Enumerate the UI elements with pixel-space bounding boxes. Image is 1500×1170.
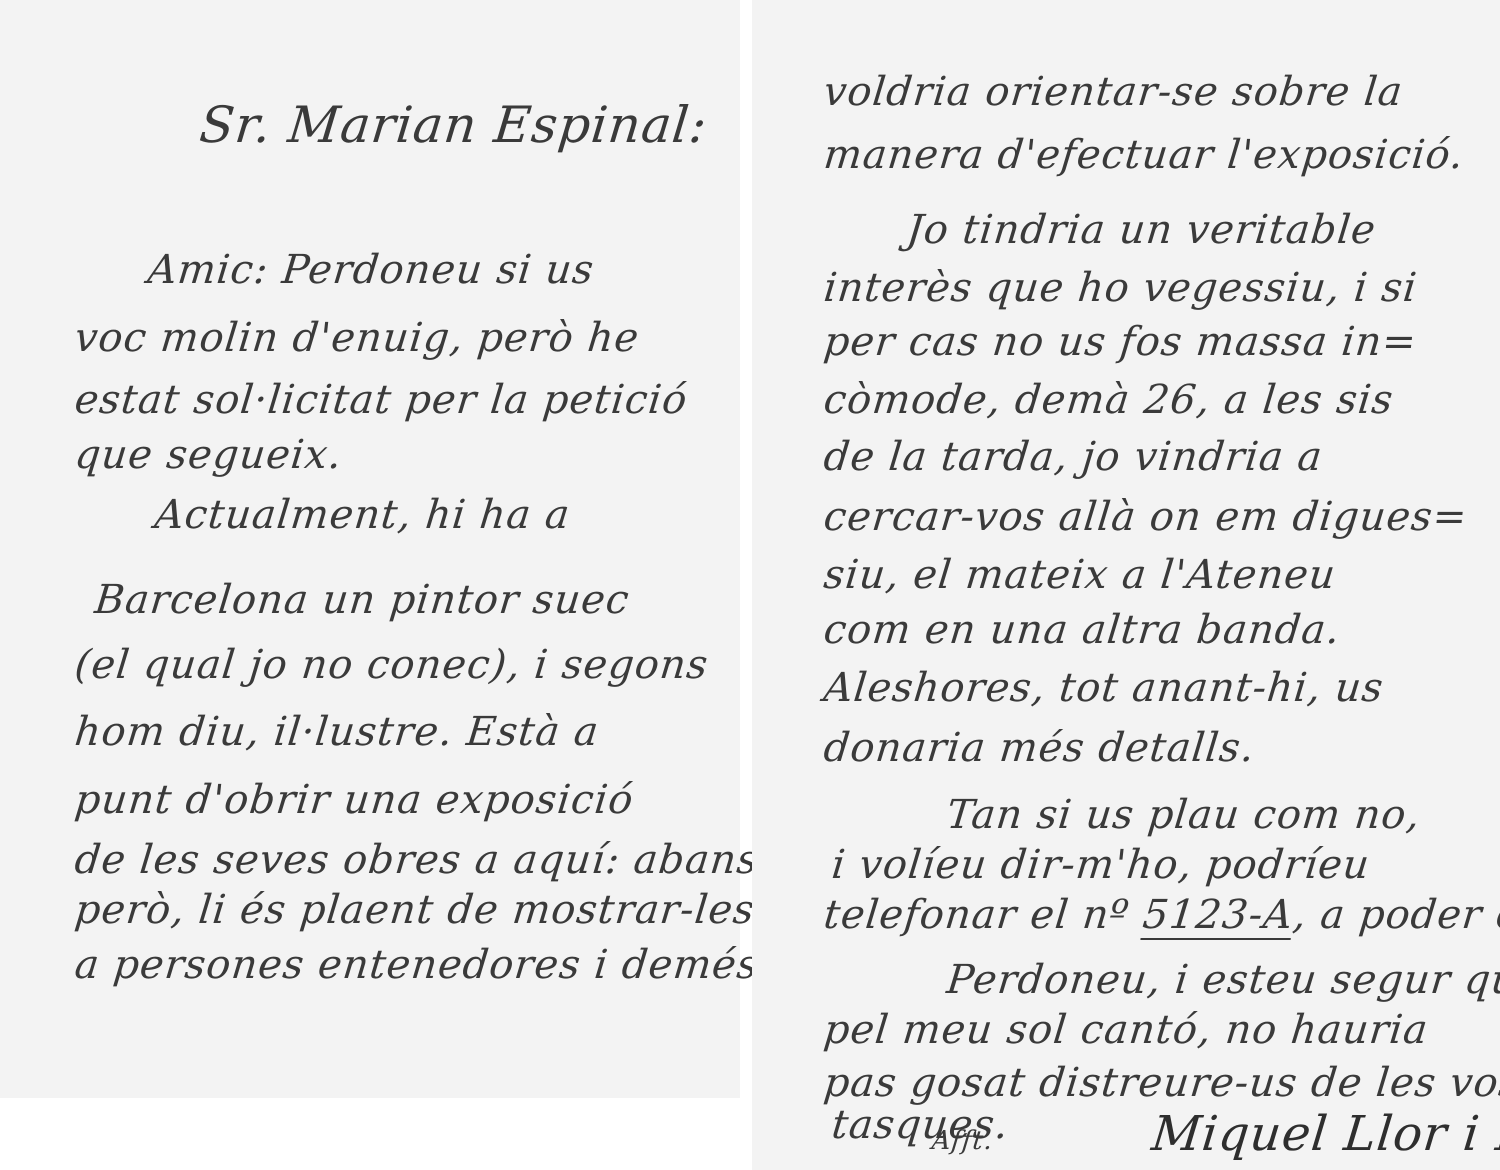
initials: Afft. — [931, 1128, 995, 1154]
letter-page-right: voldria orientar-se sobre la manera d'ef… — [752, 0, 1500, 1170]
letter-line: Tan si us plau com no, — [945, 795, 1423, 835]
letter-line: i volíeu dir-m'ho, podríeu — [830, 845, 1372, 885]
letter-line: punt d'obrir una exposició — [73, 780, 636, 820]
letter-line: que segueix. — [73, 435, 344, 475]
closing-line: Perdoneu, i esteu segur que — [945, 960, 1500, 1000]
letter-line: Amic: Perdoneu si us — [146, 250, 596, 290]
letter-line: de la tarda, jo vindria a — [822, 437, 1325, 477]
letter-line: donaria més detalls. — [822, 728, 1257, 768]
letter-page-left: Sr. Marian Espinal: Amic: Perdoneu si us… — [0, 0, 740, 1098]
letter-line: però, li és plaent de mostrar-les — [73, 890, 757, 930]
letter-line: a persones entenedores i demés. — [73, 945, 774, 985]
salutation: Sr. Marian Espinal: — [197, 100, 710, 150]
phone-line: telefonar el nº 5123-A, a poder ésser. — [822, 895, 1500, 935]
letter-line: manera d'efectuar l'exposició. — [822, 135, 1466, 175]
letter-line: voc molin d'enuig, però he — [73, 318, 641, 358]
closing-line: pel meu sol cantó, no hauria — [822, 1010, 1430, 1050]
letter-line: Actualment, hi ha a — [153, 495, 572, 535]
letter-line: interès que ho vegessiu, i si — [822, 268, 1419, 308]
letter-line: estat sol·licitat per la petició — [73, 380, 690, 420]
letter-line: Aleshores, tot anant-hi, us — [822, 668, 1386, 708]
letter-line: (el qual jo no conec), i segons — [73, 645, 711, 685]
letter-line: cercar-vos allà on em digues= — [822, 497, 1470, 537]
phone-prefix: telefonar el nº — [822, 892, 1132, 938]
letter-line: de les seves obres a aquí: abans — [73, 840, 761, 880]
letter-line: siu, el mateix a l'Ateneu — [822, 555, 1338, 595]
letter-line: hom diu, il·lustre. Està a — [73, 712, 601, 752]
letter-line: Barcelona un pintor suec — [93, 580, 632, 620]
letter-line: còmode, demà 26, a les sis — [822, 380, 1396, 420]
letter-line: com en una altra banda. — [822, 610, 1342, 650]
signature: Miquel Llor i Pons — [1149, 1110, 1500, 1158]
phone-suffix: , a poder ésser. — [1291, 892, 1500, 938]
letter-line: voldria orientar-se sobre la — [822, 72, 1405, 112]
letter-line: Jo tindria un veritable — [905, 210, 1378, 250]
closing-line: pas gosat distreure-us de les vostres — [822, 1063, 1500, 1103]
phone-number: 5123-A — [1141, 892, 1296, 938]
letter-line: per cas no us fos massa in= — [822, 322, 1419, 362]
